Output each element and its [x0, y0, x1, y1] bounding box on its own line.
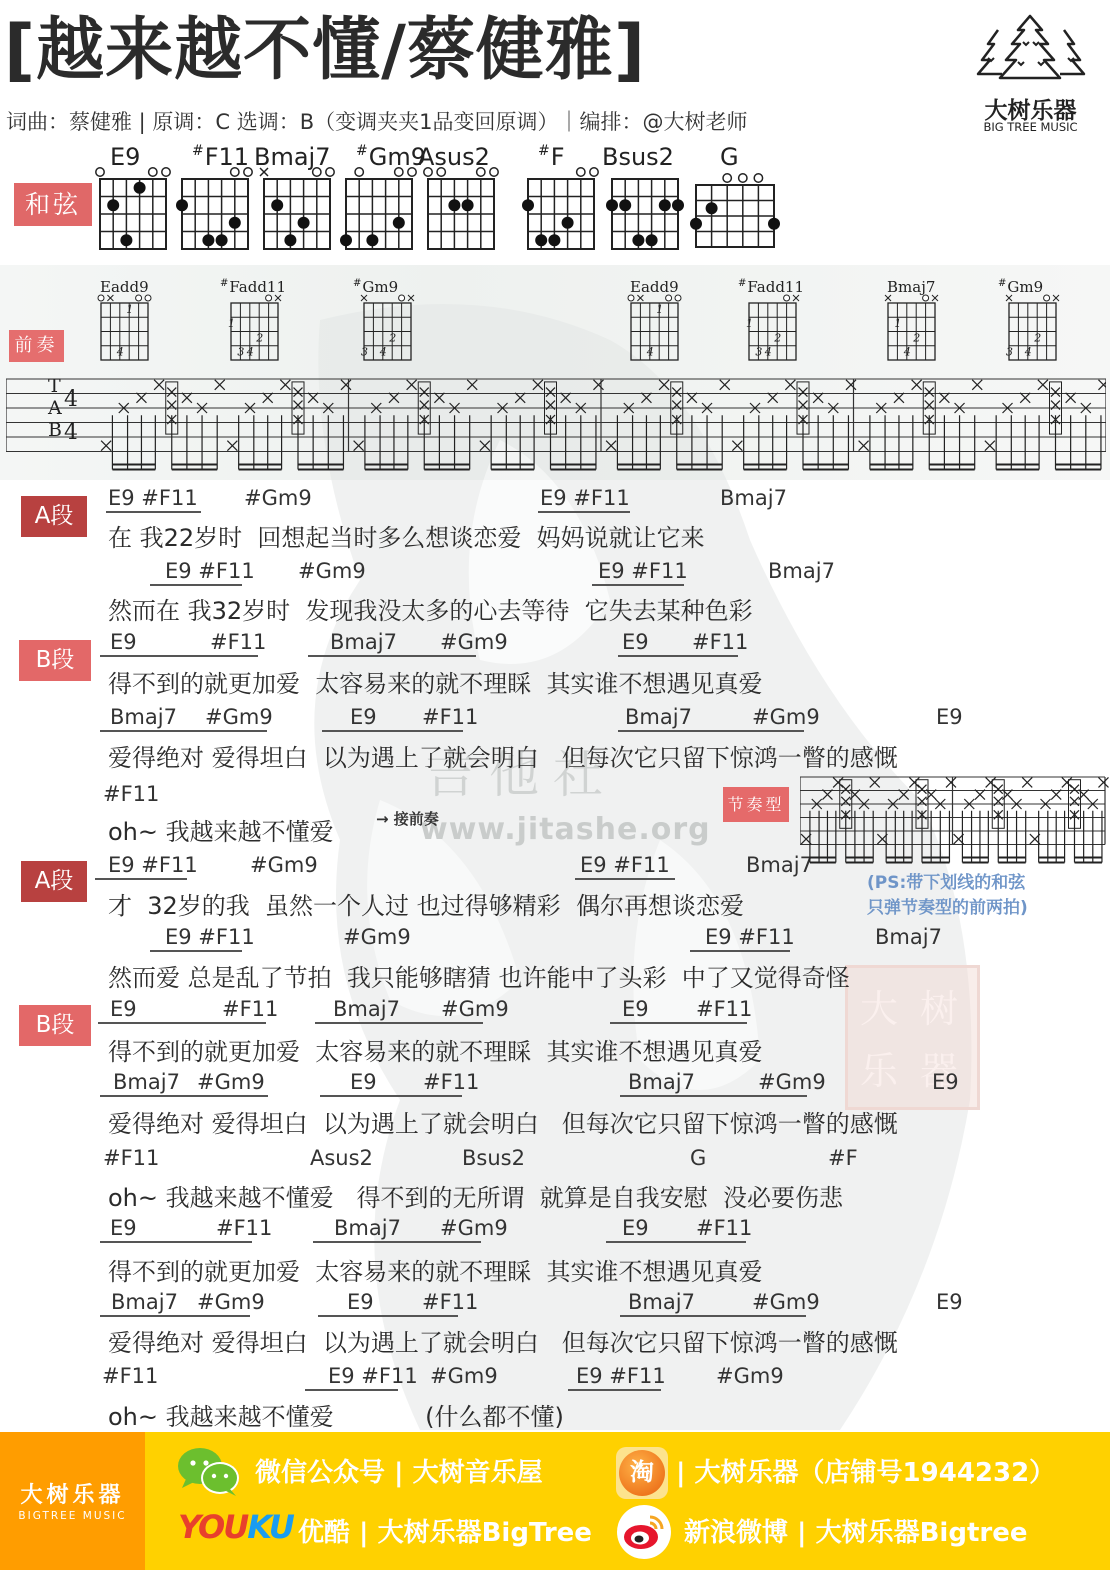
chord-underline [315, 1022, 483, 1024]
chord-label: #Gm9 [205, 705, 273, 729]
chord-underline [568, 1389, 661, 1391]
fretboard-grid: 1234 [748, 278, 810, 363]
chord-label: E9 #F11 [598, 559, 688, 583]
chord-underline [322, 730, 463, 732]
tree-logo-icon [968, 12, 1093, 92]
intro-tab-staff: TAB44 [6, 373, 1106, 473]
chord-underline [606, 1241, 746, 1243]
chord-label: #F11 [103, 1146, 159, 1170]
chord-label: Bmaj7 [875, 925, 942, 949]
chord-underline [106, 511, 201, 513]
lyric-line: 爱得绝对 爱得坦白 以为遇上了就会明白 但每次它只留下惊鸿一瞥的感慨 [108, 1104, 898, 1139]
svg-text:1: 1 [746, 317, 753, 330]
chord-underline [308, 655, 476, 657]
svg-text:4: 4 [379, 346, 387, 359]
chord-diagram-e9: E9 [96, 143, 186, 258]
chord-underline [95, 878, 187, 880]
svg-text:1: 1 [656, 303, 663, 316]
chord-label: Bmaj7 [113, 1070, 180, 1094]
chord-underline [100, 655, 258, 657]
footer-brand-block: 大树乐器 BIGTREE MUSIC [0, 1432, 145, 1570]
chord-label: E9 #F11 [705, 925, 795, 949]
chord-label: E9 #F11 [580, 853, 670, 877]
fretboard-grid: 14 [100, 278, 162, 363]
chord-label: E9 #F11 [328, 1364, 418, 1388]
chord-underline [318, 1315, 458, 1317]
chord-label: #Gm9 [244, 486, 312, 510]
svg-text:T: T [48, 375, 61, 397]
lyric-line: oh~ 我越来越不懂爱 得不到的无所谓 就算是自我安慰 没必要伤悲 [108, 1178, 843, 1213]
weibo-account: 新浪微博 | 大树乐器Bigtree [684, 1512, 1027, 1549]
chord-underline [150, 584, 242, 586]
svg-text:3: 3 [1006, 346, 1013, 359]
chord-underline [592, 584, 684, 586]
youku-logo: YOUKU [178, 1508, 293, 1546]
chord-label: Bmaj7 [720, 486, 787, 510]
chord-row: #F11E9 #F11#Gm9E9 #F11#Gm9 [0, 1364, 1000, 1390]
chord-label: E9 [932, 1070, 959, 1094]
lyric-line: 得不到的就更加爱 太容易来的就不理睬 其实谁不想遇见真爱 [108, 664, 763, 699]
svg-text:1: 1 [126, 303, 133, 316]
intro-chord-fadd11: #Fadd111234 [748, 278, 808, 363]
chord-row: Bmaj7#Gm9E9#F11Bmaj7#Gm9E9 [0, 1070, 1000, 1096]
chord-label: E9 #F11 [108, 853, 198, 877]
svg-text:2: 2 [255, 331, 263, 344]
wechat-account: 微信公众号 | 大树音乐屋 [255, 1452, 543, 1489]
chord-row: E9#F11Bmaj7#Gm9E9#F11 [0, 1216, 1000, 1242]
watermark-site: www.jitashe.org [420, 812, 711, 847]
fretboard-grid [260, 143, 352, 258]
lyric-line: 得不到的就更加爱 太容易来的就不理睬 其实谁不想遇见真爱 [108, 1032, 763, 1067]
svg-text:2: 2 [773, 331, 781, 344]
page-title: [越来越不懂/蔡健雅] [4, 6, 646, 96]
svg-text:4: 4 [64, 420, 78, 445]
chord-label: E9 #F11 [165, 925, 255, 949]
chord-label: #Gm9 [440, 1216, 508, 1240]
chord-label: E9 [110, 630, 137, 654]
chord-label: #F11 [222, 997, 278, 1021]
chord-label: E9 [622, 1216, 649, 1240]
chord-label: E9 [350, 1070, 377, 1094]
chord-label: #F11 [103, 782, 159, 806]
chord-underline [100, 730, 267, 732]
footer-banner: 大树乐器 BIGTREE MUSIC 微信公众号 | 大树音乐屋 YOUKU 优… [0, 1432, 1110, 1570]
chord-label: #F [828, 1146, 858, 1170]
svg-text:3: 3 [237, 346, 244, 359]
chord-underline [100, 1241, 252, 1243]
taobao-icon: 淘 [616, 1447, 668, 1499]
intro-chord-bmaj7: Bmaj7124 [887, 278, 947, 363]
svg-text:4: 4 [1024, 346, 1032, 359]
lyric-line: 得不到的就更加爱 太容易来的就不理睬 其实谁不想遇见真爱 [108, 1252, 763, 1287]
note-line: 只弹节奏型的前两拍) [867, 896, 1028, 921]
lyric-line: oh~ 我越来越不懂爱 [108, 812, 334, 847]
chord-label: Bmaj7 [333, 997, 400, 1021]
chord-label: G [690, 1146, 706, 1170]
lyric-line: oh~ 我越来越不懂爱 (什么都不懂) [108, 1397, 564, 1432]
footer-brand-english: BIGTREE MUSIC [0, 1510, 145, 1522]
chord-label: #Gm9 [716, 1364, 784, 1388]
chord-diagram-bmaj7: Bmaj7 [260, 143, 350, 258]
chord-label: Bmaj7 [628, 1070, 695, 1094]
chord-row: Bmaj7#Gm9E9#F11Bmaj7#Gm9E9 [0, 705, 1000, 731]
logo-english: BIG TREE MUSIC [968, 120, 1093, 134]
svg-text:2: 2 [912, 331, 920, 344]
rhythm-pattern-label: 节奏型 [723, 787, 789, 822]
fretboard-grid [608, 143, 700, 258]
chord-label: E9 [936, 1290, 963, 1314]
intro-chord-fadd11: #Fadd111234 [230, 278, 290, 363]
note-line: (PS:带下划线的和弦 [867, 871, 1028, 896]
svg-text:2: 2 [388, 331, 396, 344]
chord-underline [538, 511, 630, 513]
chord-label: Bmaj7 [330, 630, 397, 654]
fretboard-grid: 1234 [230, 278, 292, 363]
chord-label: #Gm9 [197, 1290, 265, 1314]
chord-label: E9 [936, 705, 963, 729]
lyric-line: 然而爱 总是乱了节拍 我只能够瞎猜 也许能中了头彩 中了又觉得奇怪 [108, 958, 850, 993]
chord-row: E9 #F11#Gm9E9 #F11Bmaj7 [0, 925, 1000, 951]
chord-label: E9 [110, 1216, 137, 1240]
chord-label: E9 [347, 1290, 374, 1314]
chord-underline [690, 950, 790, 952]
chord-label: #F11 [423, 1070, 479, 1094]
chord-row: Bmaj7#Gm9E9#F11Bmaj7#Gm9E9 [0, 1290, 1000, 1316]
chord-underline [100, 1095, 268, 1097]
svg-text:4: 4 [246, 346, 254, 359]
chord-label: E9 #F11 [540, 486, 630, 510]
lyric-line: 爱得绝对 爱得坦白 以为遇上了就会明白 但每次它只留下惊鸿一瞥的感慨 [108, 738, 898, 773]
svg-text:4: 4 [764, 346, 772, 359]
rhythm-pattern-note: (PS:带下划线的和弦 只弹节奏型的前两拍) [867, 871, 1028, 921]
chord-section-label: 和弦 [14, 183, 92, 226]
chord-label: #F11 [696, 997, 752, 1021]
chord-label: #Gm9 [440, 630, 508, 654]
svg-text:4: 4 [64, 387, 78, 412]
brand-logo: 大树乐器 BIG TREE MUSIC [968, 12, 1093, 137]
fretboard-grid [424, 143, 516, 258]
lyric-line: 才 32岁的我 虽然一个人过 也过得够精彩 偶尔再想谈恋爱 [108, 886, 744, 921]
chord-row: #F11Asus2Bsus2G#F [0, 1146, 1000, 1172]
fretboard-grid: 234 [1008, 278, 1070, 363]
chord-label: #F11 [102, 1364, 158, 1388]
chord-label: E9 [110, 997, 137, 1021]
chord-label: Asus2 [310, 1146, 373, 1170]
svg-text:3: 3 [361, 346, 368, 359]
chord-label: Bsus2 [462, 1146, 525, 1170]
chord-label: E9 #F11 [165, 559, 255, 583]
chord-label: E9 #F11 [576, 1364, 666, 1388]
wechat-icon [176, 1446, 242, 1498]
svg-text:4: 4 [646, 346, 654, 359]
chord-row: E9 #F11#Gm9E9 #F11Bmaj7 [0, 559, 1000, 585]
chord-label: #F11 [216, 1216, 272, 1240]
lyric-line: 在 我22岁时 回想起当时多么想谈恋爱 妈妈说就让它来 [108, 518, 705, 553]
chord-label: Bmaj7 [110, 705, 177, 729]
taobao-glyph: 淘 [619, 1450, 665, 1496]
footer-brand-name: 大树乐器 [0, 1478, 145, 1509]
svg-text:4: 4 [116, 346, 124, 359]
chord-label: #Gm9 [758, 1070, 826, 1094]
chord-underline [575, 878, 675, 880]
song-credits: 词曲：蔡健雅 | 原调：C 选调：B（变调夹夹1品变回原调）｜编排：@大树老师 [6, 106, 748, 136]
chord-label: #F11 [692, 630, 748, 654]
fretboard-grid [96, 143, 188, 258]
svg-text:4: 4 [903, 346, 911, 359]
chord-underline [610, 1022, 747, 1024]
chord-label: E9 [350, 705, 377, 729]
chord-label: #F11 [696, 1216, 752, 1240]
chord-label: #Gm9 [298, 559, 366, 583]
fretboard-grid: 14 [630, 278, 692, 363]
chord-underline [620, 1315, 806, 1317]
intro-chord-eadd9: Eadd914 [630, 278, 690, 363]
chord-label: #F11 [422, 705, 478, 729]
chord-label: #Gm9 [343, 925, 411, 949]
intro-chord-gm9: #Gm9234 [363, 278, 423, 363]
chord-underline [305, 1389, 398, 1391]
chord-label: Bmaj7 [111, 1290, 178, 1314]
intro-chord-eadd9: Eadd914 [100, 278, 160, 363]
fretboard-grid [693, 143, 785, 258]
svg-text:A: A [47, 397, 62, 419]
chord-label: Bmaj7 [334, 1216, 401, 1240]
goto-intro-note: → 接前奏 [376, 808, 439, 829]
svg-text:1: 1 [228, 317, 235, 330]
chord-underline [313, 1241, 481, 1243]
svg-text:2: 2 [1033, 331, 1041, 344]
chord-underline [320, 1095, 462, 1097]
chord-row: E9#F11Bmaj7#Gm9E9#F11 [0, 997, 1000, 1023]
chord-underline [618, 730, 804, 732]
chord-label: E9 [622, 997, 649, 1021]
lyric-line: 爱得绝对 爱得坦白 以为遇上了就会明白 但每次它只留下惊鸿一瞥的感慨 [108, 1323, 898, 1358]
chord-diagram-bsus2: Bsus2 [608, 143, 698, 258]
chord-label: #F11 [210, 630, 266, 654]
svg-text:3: 3 [755, 346, 762, 359]
chord-underline [618, 655, 738, 657]
fretboard-grid: 124 [887, 278, 949, 363]
chord-label: #Gm9 [197, 1070, 265, 1094]
chord-label: #Gm9 [441, 997, 509, 1021]
chord-row: E9 #F11#Gm9E9 #F11Bmaj7 [0, 486, 1000, 512]
chord-label: #Gm9 [430, 1364, 498, 1388]
chord-label: Bmaj7 [768, 559, 835, 583]
lyric-line: 然而在 我32岁时 发现我没太多的心去等待 它失去某种色彩 [108, 591, 753, 626]
fretboard-grid: 234 [363, 278, 425, 363]
chord-label: #F11 [422, 1290, 478, 1314]
chord-label: E9 #F11 [108, 486, 198, 510]
svg-text:1: 1 [894, 317, 901, 330]
chord-underline [620, 1095, 807, 1097]
chord-label: Bmaj7 [625, 705, 692, 729]
chord-label: E9 [622, 630, 649, 654]
chord-underline [150, 950, 242, 952]
chord-row: E9#F11Bmaj7#Gm9E9#F11 [0, 630, 1000, 656]
intro-label: 前奏 [9, 330, 64, 362]
rhythm-pattern-tablature [800, 775, 1110, 870]
chord-label: Bmaj7 [628, 1290, 695, 1314]
chord-underline [100, 1315, 250, 1317]
svg-text:B: B [48, 419, 62, 441]
taobao-store: | 大树乐器（店铺号1944232） [676, 1452, 1055, 1489]
chord-underline [98, 1022, 266, 1024]
chord-diagram-f: #F [524, 143, 614, 258]
chord-label: #Gm9 [250, 853, 318, 877]
youku-account: 优酷 | 大树乐器BigTree [298, 1512, 592, 1549]
chord-label: #Gm9 [752, 705, 820, 729]
weibo-icon [617, 1505, 671, 1559]
chord-diagram-asus2: Asus2 [424, 143, 514, 258]
intro-chord-gm9: #Gm9234 [1008, 278, 1068, 363]
chord-diagram-g: G [693, 143, 783, 258]
chord-label: #Gm9 [752, 1290, 820, 1314]
